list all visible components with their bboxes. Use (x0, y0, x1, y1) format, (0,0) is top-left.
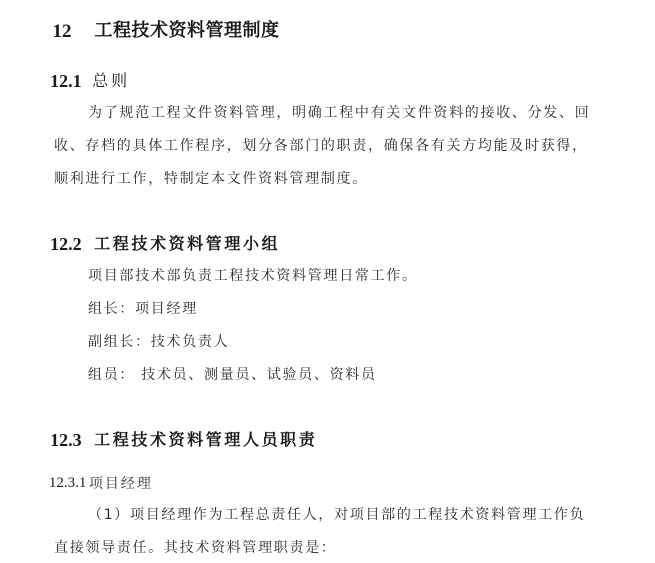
list-line: 组长：项目经理 (88, 302, 198, 316)
paragraph-line: 直接领导责任。其技术资料管理职责是： (54, 541, 337, 555)
subsection-title: 项目经理 (89, 476, 153, 492)
section-12-3-title-wrap: 工程技术资料管理人员职责 (84, 416, 317, 448)
list-line: 副组长：技术负责人 (88, 335, 229, 349)
section-number: 12.3 (50, 430, 82, 450)
section-12-1-heading: 12.1 (40, 56, 82, 90)
section-number: 12.2 (50, 234, 82, 254)
section-12-3-heading: 12.3 (40, 415, 82, 449)
paragraph-line: （1）项目经理作为工程总责任人，对项目部的工程技术资料管理工作负 (88, 508, 585, 522)
section-12-1-title-wrap: 总则 (82, 57, 130, 89)
section-number: 12.1 (50, 71, 82, 91)
chapter-title: 工程技术资料管理制度 (95, 20, 280, 41)
section-12-2-heading: 12.2 (40, 219, 82, 253)
list-line: 组员： 技术员、测量员、试验员、资料员 (88, 368, 377, 382)
paragraph-line: 收、存档的具体工作程序，划分各部门的职责，确保各有关方均能及时获得， (54, 139, 588, 153)
paragraph-line: 为了规范工程文件资料管理，明确工程中有关文件资料的接收、分发、回 (88, 106, 590, 120)
list-line: 项目部技术部负责工程技术资料管理日常工作。 (88, 269, 418, 283)
chapter-heading: 12 (40, 4, 72, 41)
chapter-title-wrap: 工程技术资料管理制度 (82, 4, 280, 40)
chapter-number: 12 (53, 21, 72, 42)
section-title: 工程技术资料管理小组 (94, 234, 280, 253)
section-12-2-title-wrap: 工程技术资料管理小组 (84, 220, 280, 252)
paragraph-line: 顺利进行工作，特制定本文件资料管理制度。 (54, 172, 368, 186)
section-title: 工程技术资料管理人员职责 (94, 430, 317, 449)
section-title: 总则 (92, 71, 130, 90)
subsection-12-3-1-title-wrap: 项目经理 (80, 463, 153, 491)
